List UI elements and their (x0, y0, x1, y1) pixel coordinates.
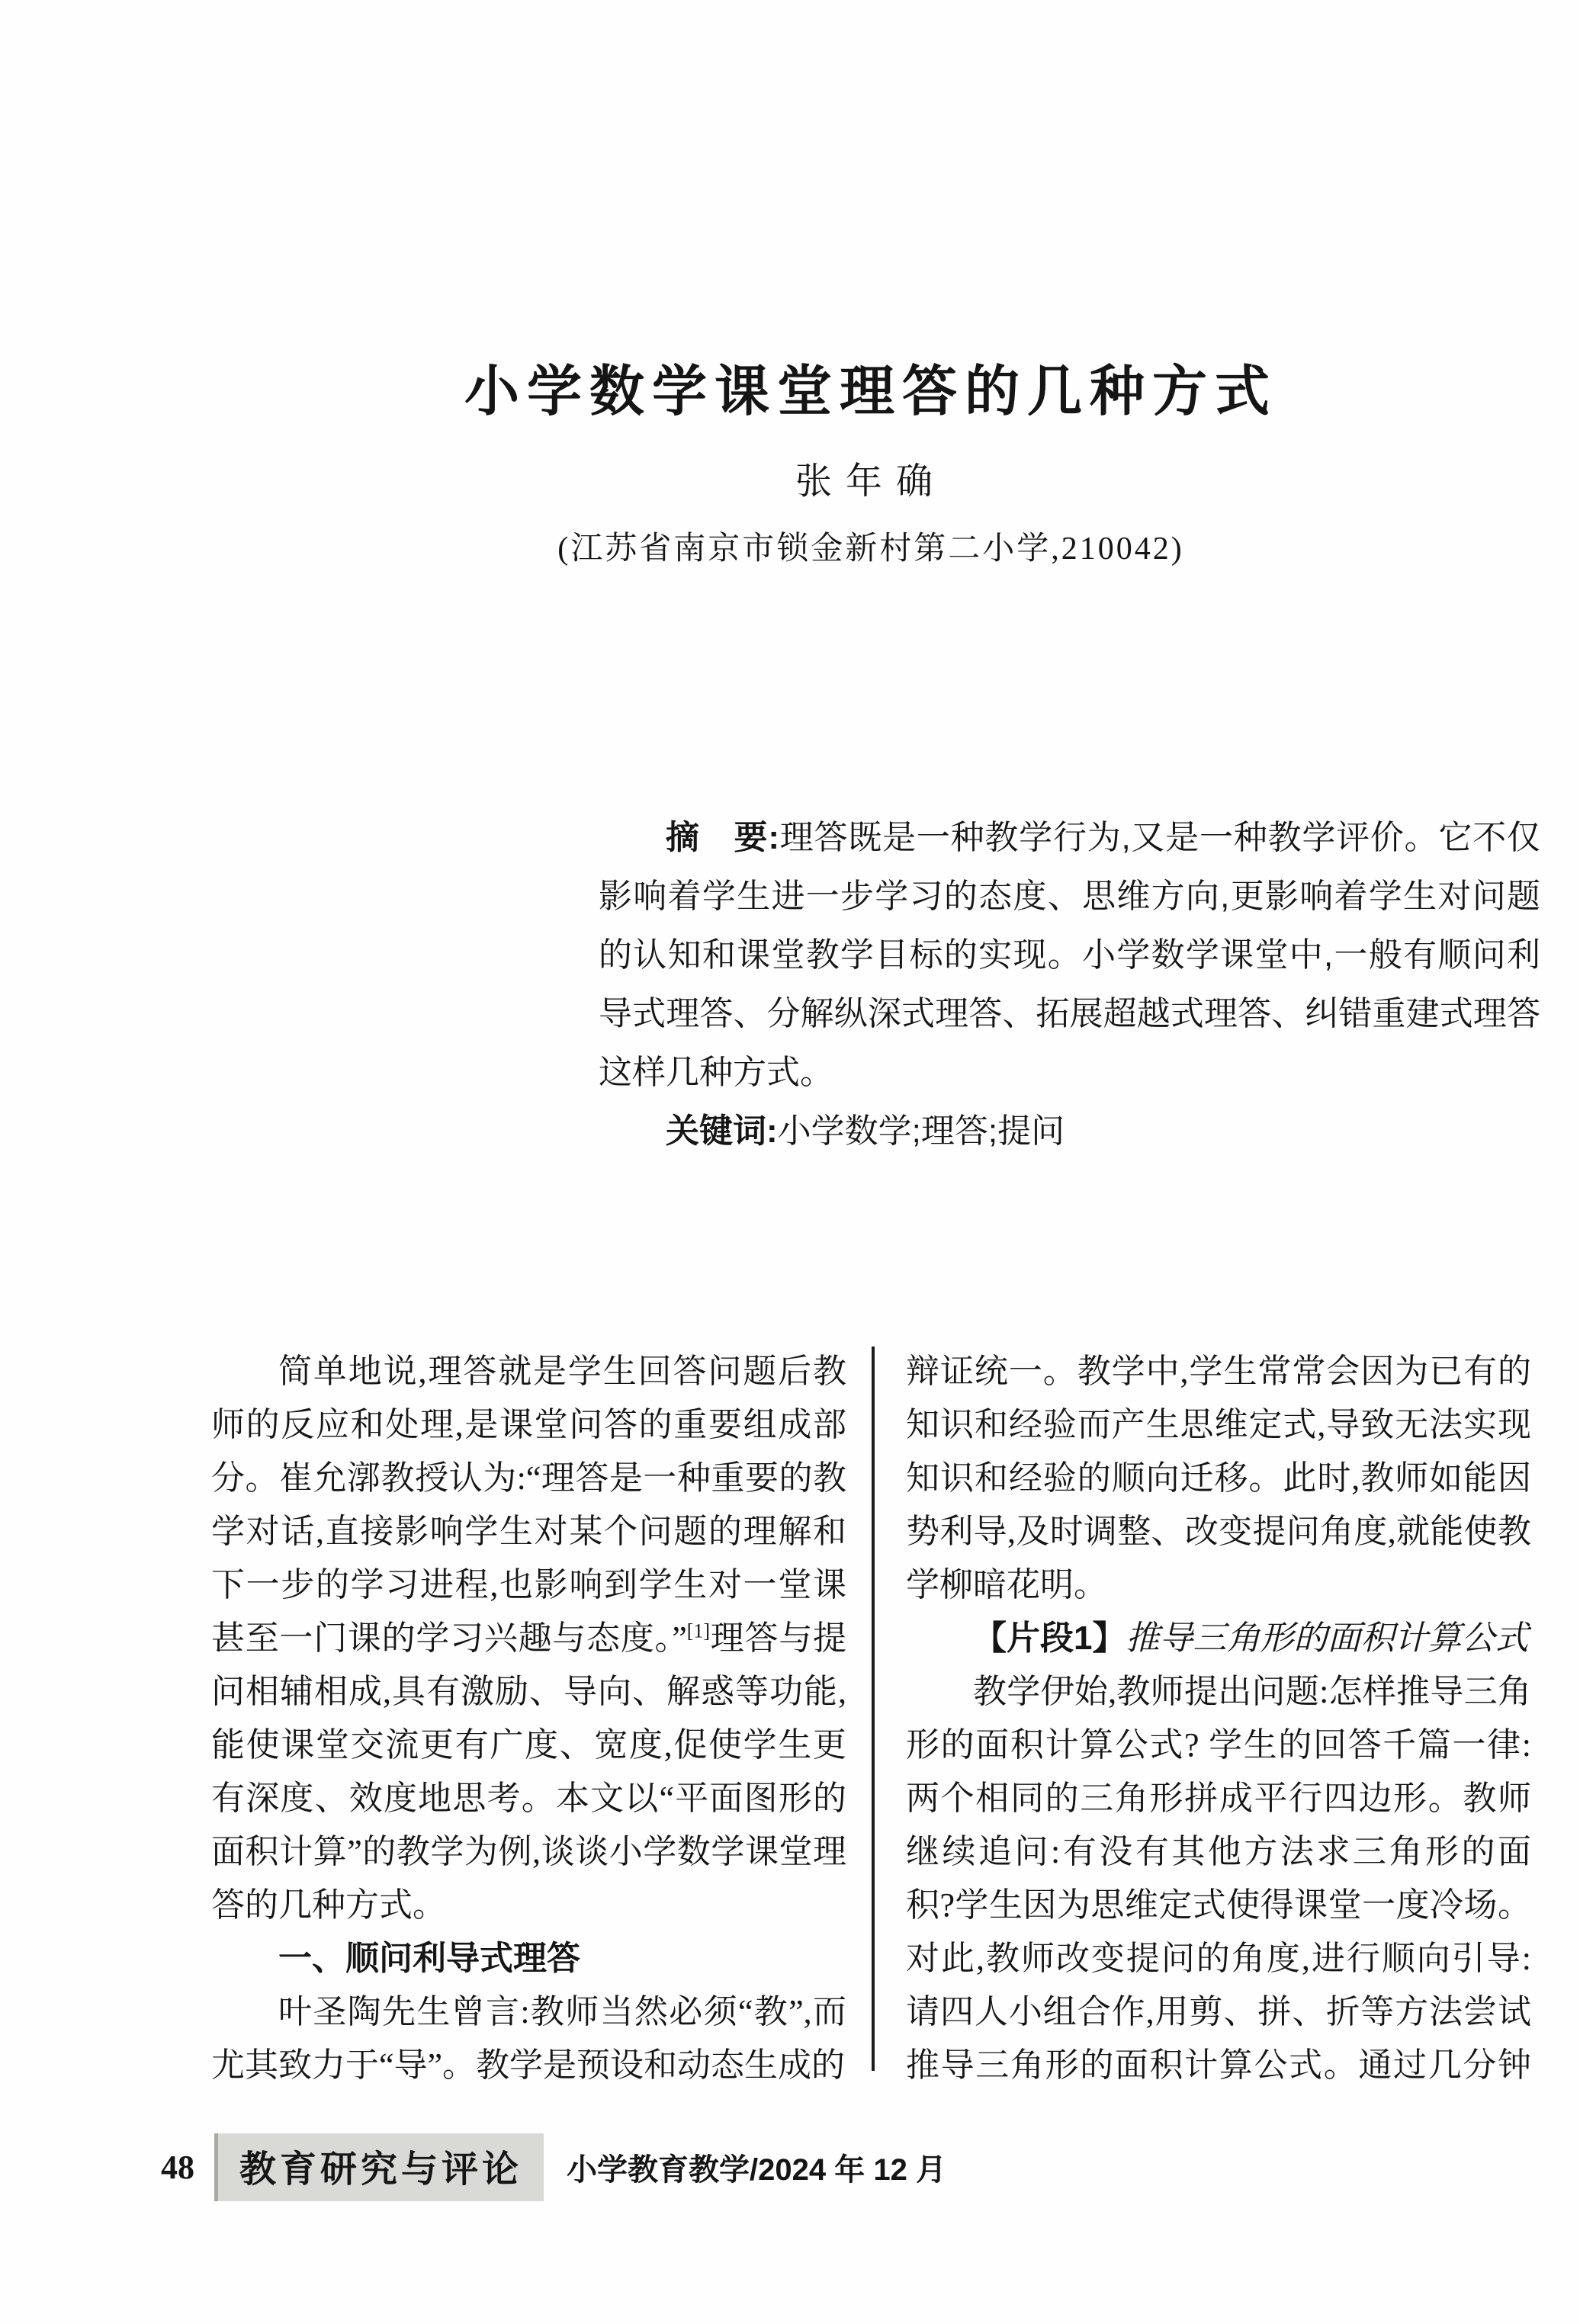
fragment-heading: 【片段1】推导三角形的面积计算公式 (906, 1612, 1531, 1665)
abstract-block: 摘 要:理答既是一种教学行为,又是一种教学评价。它不仅影响着学生进一步学习的态度… (599, 808, 1540, 1160)
fragment-label: 【片段1】 (973, 1619, 1126, 1657)
abstract-paragraph: 摘 要:理答既是一种教学行为,又是一种教学评价。它不仅影响着学生进一步学习的态度… (599, 808, 1540, 1102)
section-heading-1: 一、顺问利导式理答 (211, 1932, 846, 1985)
page-number: 48 (161, 2148, 194, 2187)
journal-subtitle: 小学教育教学/2024 年 12 月 (567, 2146, 946, 2189)
keywords-label: 关键词: (666, 1112, 778, 1150)
abstract-text: 理答既是一种教学行为,又是一种教学评价。它不仅影响着学生进一步学习的态度、思维方… (599, 819, 1540, 1091)
article-affiliation: (江苏省南京市锁金新村第二小学,210042) (211, 523, 1530, 569)
paragraph-1-text: 简单地说,理答就是学生回答问题后教师的反应和处理,是课堂问答的重要组成部分。崔允… (211, 1353, 846, 1657)
journal-page: 小学数学课堂理答的几种方式 张年确 (江苏省南京市锁金新村第二小学,210042… (0, 0, 1580, 2324)
journal-name: 教育研究与评论 (214, 2133, 544, 2201)
article-title: 小学数学课堂理答的几种方式 (211, 347, 1530, 426)
body-paragraph-3: 教学伊始,教师提出问题:怎样推导三角形的面积计算公式? 学生的回答千篇一律:两个… (906, 1665, 1531, 2096)
right-column: 辩证统一。教学中,学生常常会因为已有的知识和经验而产生思维定式,导致无法实现知识… (906, 1345, 1531, 2096)
keywords-line: 关键词:小学数学;理答;提问 (599, 1102, 1540, 1160)
abstract-label: 摘 要: (666, 819, 779, 856)
column-divider-rule (872, 1347, 875, 2071)
citation-marker: [1] (687, 1619, 710, 1642)
article-author: 张年确 (211, 451, 1530, 504)
left-column: 简单地说,理答就是学生回答问题后教师的反应和处理,是课堂问答的重要组成部分。崔允… (211, 1345, 846, 2096)
fragment-title: 推导三角形的面积计算公式 (1126, 1619, 1528, 1657)
keywords-text: 小学数学;理答;提问 (778, 1112, 1065, 1150)
body-paragraph-1: 简单地说,理答就是学生回答问题后教师的反应和处理,是课堂问答的重要组成部分。崔允… (211, 1345, 846, 1932)
page-footer: 48 教育研究与评论 小学教育教学/2024 年 12 月 (161, 2133, 946, 2201)
body-paragraph-2: 叶圣陶先生曾言:教师当然必须“教”,而尤其致力于“导”。教学是预设和动态生成的 (211, 1985, 846, 2092)
paragraph-1-continuation: 理答与提问相辅相成,具有激励、导向、解惑等功能,能使课堂交流更有广度、宽度,促使… (211, 1619, 846, 1924)
body-paragraph-2-continuation: 辩证统一。教学中,学生常常会因为已有的知识和经验而产生思维定式,导致无法实现知识… (906, 1345, 1531, 1612)
